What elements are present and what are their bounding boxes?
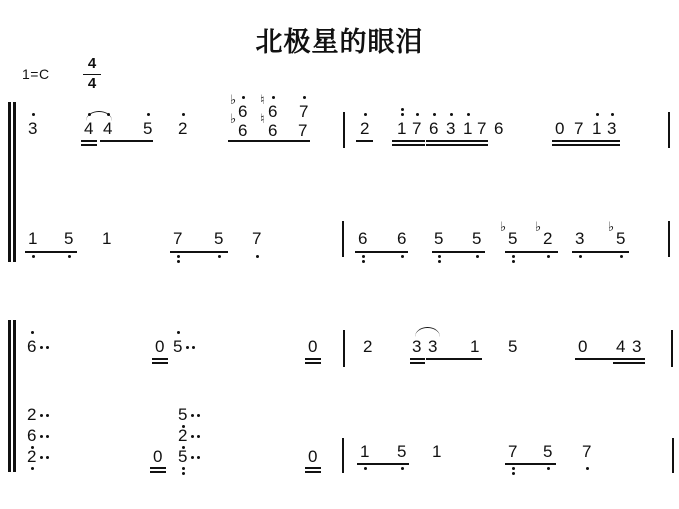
duration-underline xyxy=(305,471,321,473)
duration-underline xyxy=(305,358,321,360)
octave-dot-below xyxy=(218,255,221,258)
octave-dot-below xyxy=(438,260,441,263)
note-digit: 6 xyxy=(429,120,438,137)
duration-underline xyxy=(572,251,629,253)
octave-dot-below xyxy=(182,472,185,475)
duration-underline xyxy=(25,251,77,253)
octave-dot-below xyxy=(512,260,515,263)
note-digit: 3 xyxy=(428,338,437,355)
octave-dot-above xyxy=(401,113,404,116)
duration-underline xyxy=(426,358,482,360)
barline xyxy=(13,102,16,262)
augmentation-dot xyxy=(186,346,189,349)
barline xyxy=(343,330,345,367)
note-digit: 7 xyxy=(252,230,261,247)
note-digit: 5 xyxy=(397,443,406,460)
time-signature: 4 4 xyxy=(81,55,103,94)
octave-dot-above xyxy=(467,113,470,116)
duration-underline xyxy=(150,467,166,469)
octave-dot-above xyxy=(147,113,150,116)
duration-underline xyxy=(575,358,645,360)
duration-underline xyxy=(356,140,373,142)
flat-icon: ♭ xyxy=(500,220,506,233)
duration-underline xyxy=(432,251,485,253)
note-digit: 4 xyxy=(84,120,93,137)
sheet-music-page: 北极星的眼泪 1=C 4 4 344526♭6♮76♭6♮72176317607… xyxy=(0,0,679,509)
note-digit: 3 xyxy=(632,338,641,355)
note-digit: 7 xyxy=(582,443,591,460)
octave-dot-below xyxy=(547,255,550,258)
octave-dot-above xyxy=(416,113,419,116)
octave-dot-below xyxy=(362,255,365,258)
note-digit: 6 xyxy=(268,122,277,139)
duration-underline xyxy=(81,144,97,146)
duration-underline xyxy=(305,362,321,364)
note-digit: 7 xyxy=(299,103,308,120)
duration-underline xyxy=(392,144,425,146)
rest-digit: 0 xyxy=(308,448,317,465)
rest-digit: 0 xyxy=(153,448,162,465)
flat-icon: ♭ xyxy=(608,220,614,233)
rest-digit: 0 xyxy=(308,338,317,355)
note-digit: 2 xyxy=(363,338,372,355)
barline xyxy=(342,221,344,257)
flat-icon: ♭ xyxy=(535,220,541,233)
octave-dot-below xyxy=(547,467,550,470)
barline xyxy=(668,112,670,148)
note-digit: 2 xyxy=(178,120,187,137)
note-digit: 4 xyxy=(616,338,625,355)
note-digit: 3 xyxy=(607,120,616,137)
note-digit: 6 xyxy=(397,230,406,247)
note-digit: 1 xyxy=(102,230,111,247)
octave-dot-below xyxy=(512,472,515,475)
octave-dot-below xyxy=(182,467,185,470)
note-digit: 7 xyxy=(412,120,421,137)
octave-dot-below xyxy=(401,255,404,258)
octave-dot-above xyxy=(611,113,614,116)
note-digit: 1 xyxy=(28,230,37,247)
duration-underline xyxy=(505,251,558,253)
note-digit: 7 xyxy=(574,120,583,137)
note-digit: 1 xyxy=(470,338,479,355)
augmentation-dot xyxy=(40,414,43,417)
note-digit: 6 xyxy=(494,120,503,137)
note-digit: 2 xyxy=(360,120,369,137)
duration-underline xyxy=(150,471,166,473)
note-digit: 3 xyxy=(412,338,421,355)
augmentation-dot xyxy=(40,435,43,438)
octave-dot-above xyxy=(272,96,275,99)
note-digit: 3 xyxy=(28,120,37,137)
octave-dot-below xyxy=(438,255,441,258)
time-signature-denominator: 4 xyxy=(81,75,103,94)
note-digit: 1 xyxy=(432,443,441,460)
octave-dot-below xyxy=(512,467,515,470)
duration-underline xyxy=(81,140,97,142)
duration-underline xyxy=(100,140,153,142)
duration-underline xyxy=(552,140,620,142)
octave-dot-below xyxy=(364,467,367,470)
octave-dot-below xyxy=(256,255,259,258)
octave-dot-below xyxy=(620,255,623,258)
note-digit: 3 xyxy=(575,230,584,247)
rest-digit: 0 xyxy=(155,338,164,355)
duration-underline xyxy=(357,463,409,465)
barline xyxy=(671,330,673,367)
song-title: 北极星的眼泪 xyxy=(0,20,679,59)
natural-icon: ♮ xyxy=(260,93,265,106)
duration-underline xyxy=(392,140,425,142)
octave-dot-above xyxy=(303,96,306,99)
augmentation-dot xyxy=(40,456,43,459)
note-digit: 6 xyxy=(27,427,36,444)
octave-dot-below xyxy=(512,255,515,258)
barline xyxy=(8,102,11,262)
octave-dot-above xyxy=(433,113,436,116)
note-digit: 5 xyxy=(434,230,443,247)
octave-dot-below xyxy=(476,255,479,258)
duration-underline xyxy=(613,362,645,364)
duration-underline xyxy=(228,140,310,142)
note-digit: 5 xyxy=(616,230,625,247)
augmentation-dot xyxy=(46,346,49,349)
duration-underline xyxy=(355,251,408,253)
note-digit: 5 xyxy=(178,448,187,465)
barline xyxy=(8,320,11,472)
note-digit: 7 xyxy=(508,443,517,460)
note-digit: 6 xyxy=(238,103,247,120)
note-digit: 1 xyxy=(360,443,369,460)
duration-underline xyxy=(170,251,228,253)
rest-digit: 0 xyxy=(555,120,564,137)
octave-dot-below xyxy=(586,467,589,470)
duration-underline xyxy=(552,144,620,146)
note-digit: 7 xyxy=(173,230,182,247)
duration-underline xyxy=(152,362,168,364)
barline xyxy=(672,438,674,473)
barline xyxy=(13,320,16,472)
natural-icon: ♮ xyxy=(260,112,265,125)
barline xyxy=(668,221,670,257)
octave-dot-below xyxy=(177,255,180,258)
note-digit: 1 xyxy=(592,120,601,137)
augmentation-dot xyxy=(192,346,195,349)
augmentation-dot xyxy=(197,435,200,438)
octave-dot-above xyxy=(242,96,245,99)
octave-dot-below xyxy=(31,467,34,470)
octave-dot-below xyxy=(579,255,582,258)
octave-dot-above xyxy=(401,108,404,111)
note-digit: 2 xyxy=(27,406,36,423)
note-digit: 6 xyxy=(238,122,247,139)
barline xyxy=(343,112,345,148)
octave-dot-above xyxy=(364,113,367,116)
duration-underline xyxy=(426,144,488,146)
octave-dot-below xyxy=(177,260,180,263)
time-signature-numerator: 4 xyxy=(81,55,103,74)
augmentation-dot xyxy=(40,346,43,349)
duration-underline xyxy=(305,467,321,469)
octave-dot-below xyxy=(68,255,71,258)
duration-underline xyxy=(410,358,425,360)
note-digit: 4 xyxy=(103,120,112,137)
note-digit: 5 xyxy=(178,406,187,423)
flat-icon: ♭ xyxy=(230,93,236,106)
note-digit: 6 xyxy=(268,103,277,120)
note-digit: 7 xyxy=(298,122,307,139)
augmentation-dot xyxy=(191,414,194,417)
augmentation-dot xyxy=(191,456,194,459)
duration-underline xyxy=(505,463,556,465)
octave-dot-below xyxy=(401,467,404,470)
note-digit: 5 xyxy=(173,338,182,355)
note-digit: 5 xyxy=(214,230,223,247)
note-digit: 7 xyxy=(477,120,486,137)
note-digit: 5 xyxy=(543,443,552,460)
augmentation-dot xyxy=(46,435,49,438)
flat-icon: ♭ xyxy=(230,112,236,125)
octave-dot-below xyxy=(362,260,365,263)
octave-dot-above xyxy=(32,113,35,116)
note-digit: 2 xyxy=(27,448,36,465)
barline xyxy=(342,438,344,473)
note-digit: 5 xyxy=(508,338,517,355)
note-digit: 1 xyxy=(397,120,406,137)
note-digit: 5 xyxy=(472,230,481,247)
augmentation-dot xyxy=(197,456,200,459)
rest-digit: 0 xyxy=(578,338,587,355)
octave-dot-above xyxy=(596,113,599,116)
note-digit: 2 xyxy=(178,427,187,444)
duration-underline xyxy=(426,140,488,142)
octave-dot-above xyxy=(182,113,185,116)
duration-underline xyxy=(410,362,425,364)
note-digit: 6 xyxy=(27,338,36,355)
note-digit: 5 xyxy=(143,120,152,137)
note-digit: 1 xyxy=(463,120,472,137)
note-digit: 3 xyxy=(446,120,455,137)
octave-dot-above xyxy=(177,331,180,334)
key-signature: 1=C xyxy=(22,66,50,82)
augmentation-dot xyxy=(46,456,49,459)
augmentation-dot xyxy=(46,414,49,417)
augmentation-dot xyxy=(197,414,200,417)
note-digit: 2 xyxy=(543,230,552,247)
note-digit: 6 xyxy=(358,230,367,247)
octave-dot-above xyxy=(31,331,34,334)
octave-dot-above xyxy=(450,113,453,116)
augmentation-dot xyxy=(191,435,194,438)
note-digit: 5 xyxy=(64,230,73,247)
duration-underline xyxy=(152,358,168,360)
octave-dot-below xyxy=(32,255,35,258)
note-digit: 5 xyxy=(508,230,517,247)
tie-arc xyxy=(415,327,440,337)
